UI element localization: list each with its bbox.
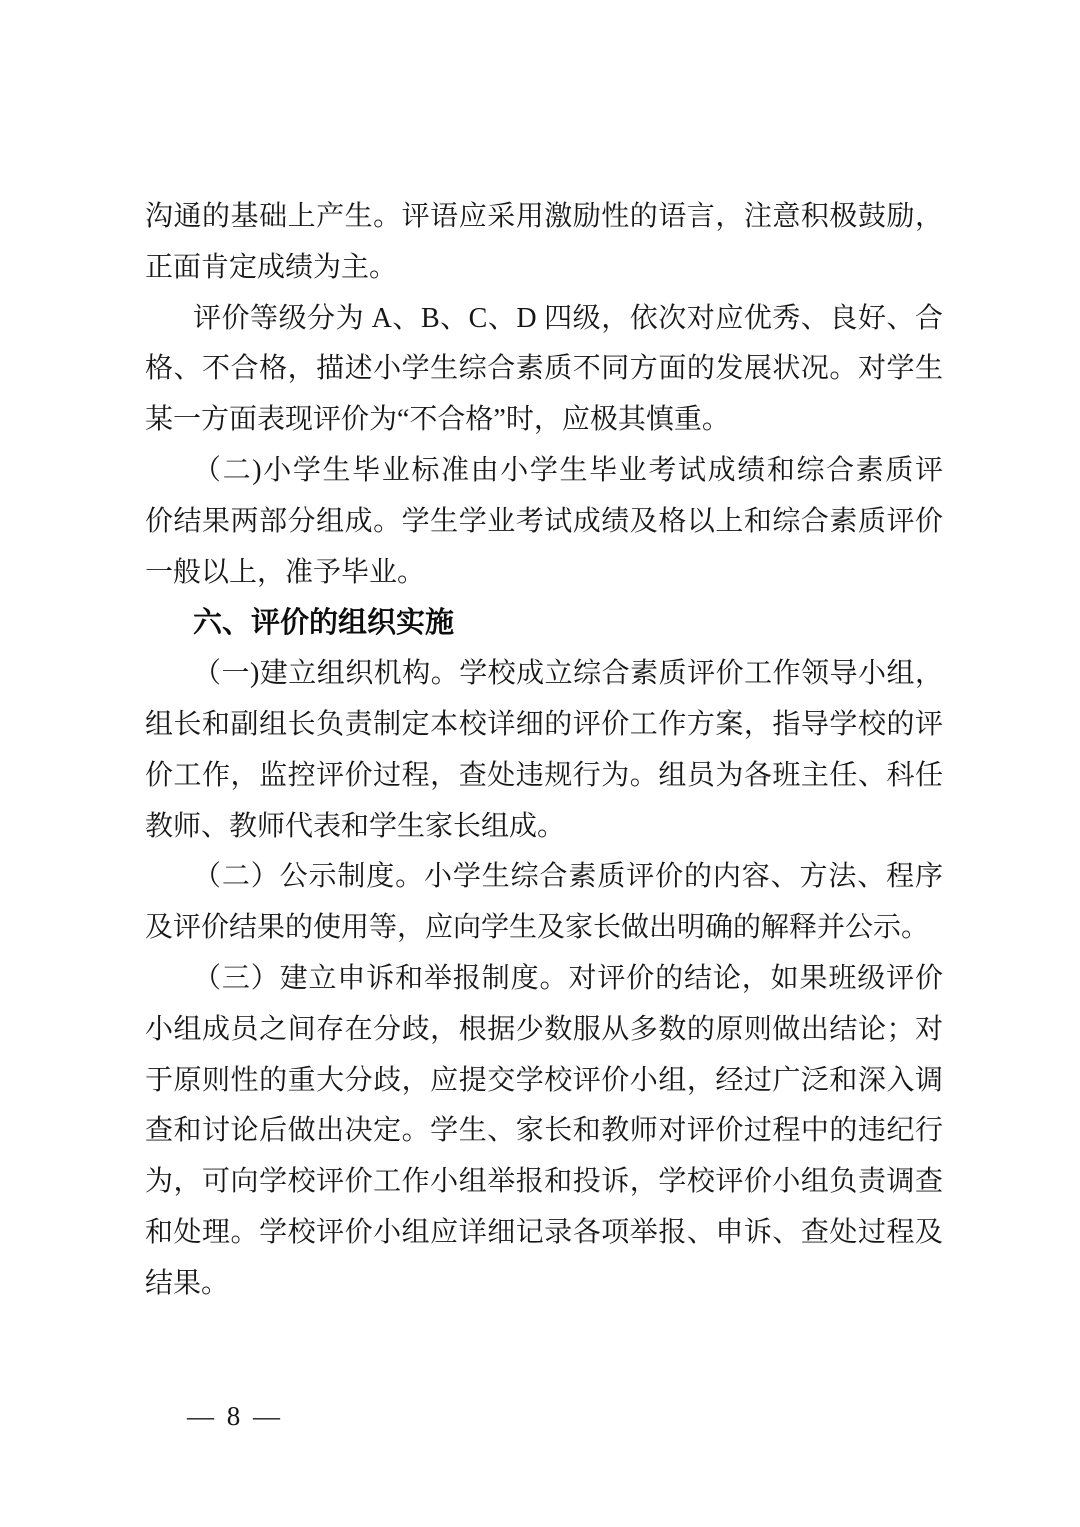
text-line: 于原则性的重大分歧，应提交学校评价小组，经过广泛和深入调 xyxy=(145,1056,943,1107)
text-line: 教师、教师代表和学生家长组成。 xyxy=(145,802,943,853)
text-line: 评价等级分为 A、B、C、D 四级，依次对应优秀、良好、合 xyxy=(145,294,943,345)
section-heading: 六、评价的组织实施 xyxy=(145,598,943,649)
text-line: 正面肯定成绩为主。 xyxy=(145,243,943,294)
text-line: 组长和副组长负责制定本校详细的评价工作方案，指导学校的评 xyxy=(145,700,943,751)
text-line: 为，可向学校评价工作小组举报和投诉，学校评价小组负责调查 xyxy=(145,1157,943,1208)
page-footer: — 8 — xyxy=(187,1396,281,1436)
document-lines: 沟通的基础上产生。评语应采用激励性的语言，注意积极鼓励，正面肯定成绩为主。评价等… xyxy=(145,192,943,1310)
text-line: 某一方面表现评价为“不合格”时，应极其慎重。 xyxy=(145,395,943,446)
text-line: 及评价结果的使用等，应向学生及家长做出明确的解释并公示。 xyxy=(145,903,943,954)
text-line: （二）公示制度。小学生综合素质评价的内容、方法、程序 xyxy=(145,852,943,903)
text-line: 一般以上，准予毕业。 xyxy=(145,548,943,599)
text-line: 价工作，监控评价过程，查处违规行为。组员为各班主任、科任 xyxy=(145,751,943,802)
text-line: 沟通的基础上产生。评语应采用激励性的语言，注意积极鼓励， xyxy=(145,192,943,243)
text-line: 结果。 xyxy=(145,1259,943,1310)
page-number: — 8 — xyxy=(187,1401,281,1431)
text-line: 小组成员之间存在分歧，根据少数服从多数的原则做出结论；对 xyxy=(145,1005,943,1056)
text-line: （三）建立申诉和举报制度。对评价的结论，如果班级评价 xyxy=(145,954,943,1005)
text-line: （二)小学生毕业标准由小学生毕业考试成绩和综合素质评 xyxy=(145,446,943,497)
text-line: 价结果两部分组成。学生学业考试成绩及格以上和综合素质评价 xyxy=(145,497,943,548)
text-line: （一)建立组织机构。学校成立综合素质评价工作领导小组， xyxy=(145,649,943,700)
text-line: 和处理。学校评价小组应详细记录各项举报、申诉、查处过程及 xyxy=(145,1208,943,1259)
document-page: 沟通的基础上产生。评语应采用激励性的语言，注意积极鼓励，正面肯定成绩为主。评价等… xyxy=(0,0,1080,1527)
text-line: 格、不合格，描述小学生综合素质不同方面的发展状况。对学生 xyxy=(145,344,943,395)
text-line: 查和讨论后做出决定。学生、家长和教师对评价过程中的违纪行 xyxy=(145,1106,943,1157)
